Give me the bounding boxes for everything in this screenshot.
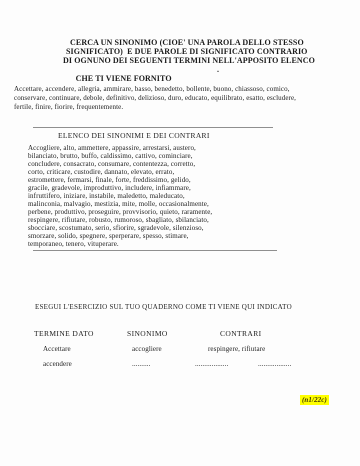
cell-termine: accendere (43, 360, 72, 368)
title-trailing-period: . (217, 65, 219, 74)
divider-line-top (33, 127, 273, 128)
worksheet-code-tag: (n1/22c) (300, 395, 329, 405)
column-header-sinonimo: SINONIMO (127, 329, 168, 338)
terms-paragraph: Accettare, accendere, allegria, ammirare… (14, 85, 296, 112)
title-line-text: CHE TI VIENE FORNITO (76, 74, 172, 83)
divider-line-bottom (33, 250, 277, 251)
elenco-list: Accogliere, alto, ammettere, appassire, … (28, 144, 212, 248)
title-line: DI OGNUNO DEI SEGUENTI TERMINI NELL'APPO… (63, 56, 315, 65)
dotted-answer-blank: .................. (195, 360, 228, 368)
elenco-heading: ELENCO DEI SINONIMI E DEI CONTRARI (58, 131, 210, 140)
instruction-line: ESEGUI L'ESERCIZIO SUL TUO QUADERNO COME… (35, 303, 292, 311)
title-line: CERCA UN SINONIMO (CIOE' UNA PAROLA DELL… (63, 38, 315, 47)
cell-contrari: respingere, rifiutare (208, 345, 265, 353)
column-header-termine-dato: TERMINE DATO (34, 329, 94, 338)
cell-termine: Accettare (43, 345, 71, 353)
dotted-answer-blank: .......... (132, 360, 151, 368)
title-line: SIGNIFICATO) E DUE PAROLE DI SIGNIFICATO… (63, 47, 315, 56)
dotted-answer-blank: .................. (258, 360, 291, 368)
worksheet-page: CERCA UN SINONIMO (CIOE' UNA PAROLA DELL… (0, 0, 360, 466)
column-header-contrari: CONTRARI (220, 329, 262, 338)
cell-sinonimo: accogliere (132, 345, 162, 353)
